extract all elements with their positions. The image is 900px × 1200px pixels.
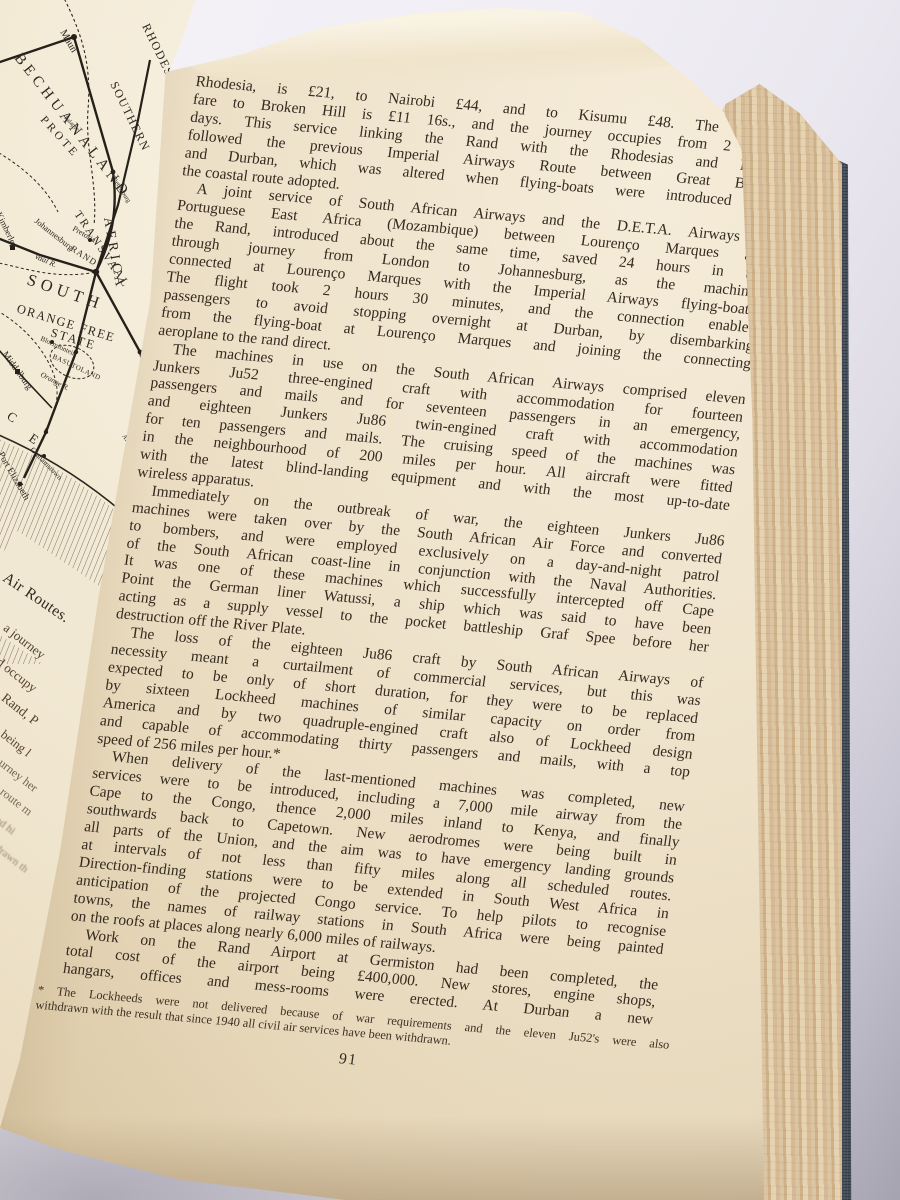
book-photo: BECHUANALAND PROTE Maun SOUTHERN RHODESI… — [0, 0, 900, 1200]
